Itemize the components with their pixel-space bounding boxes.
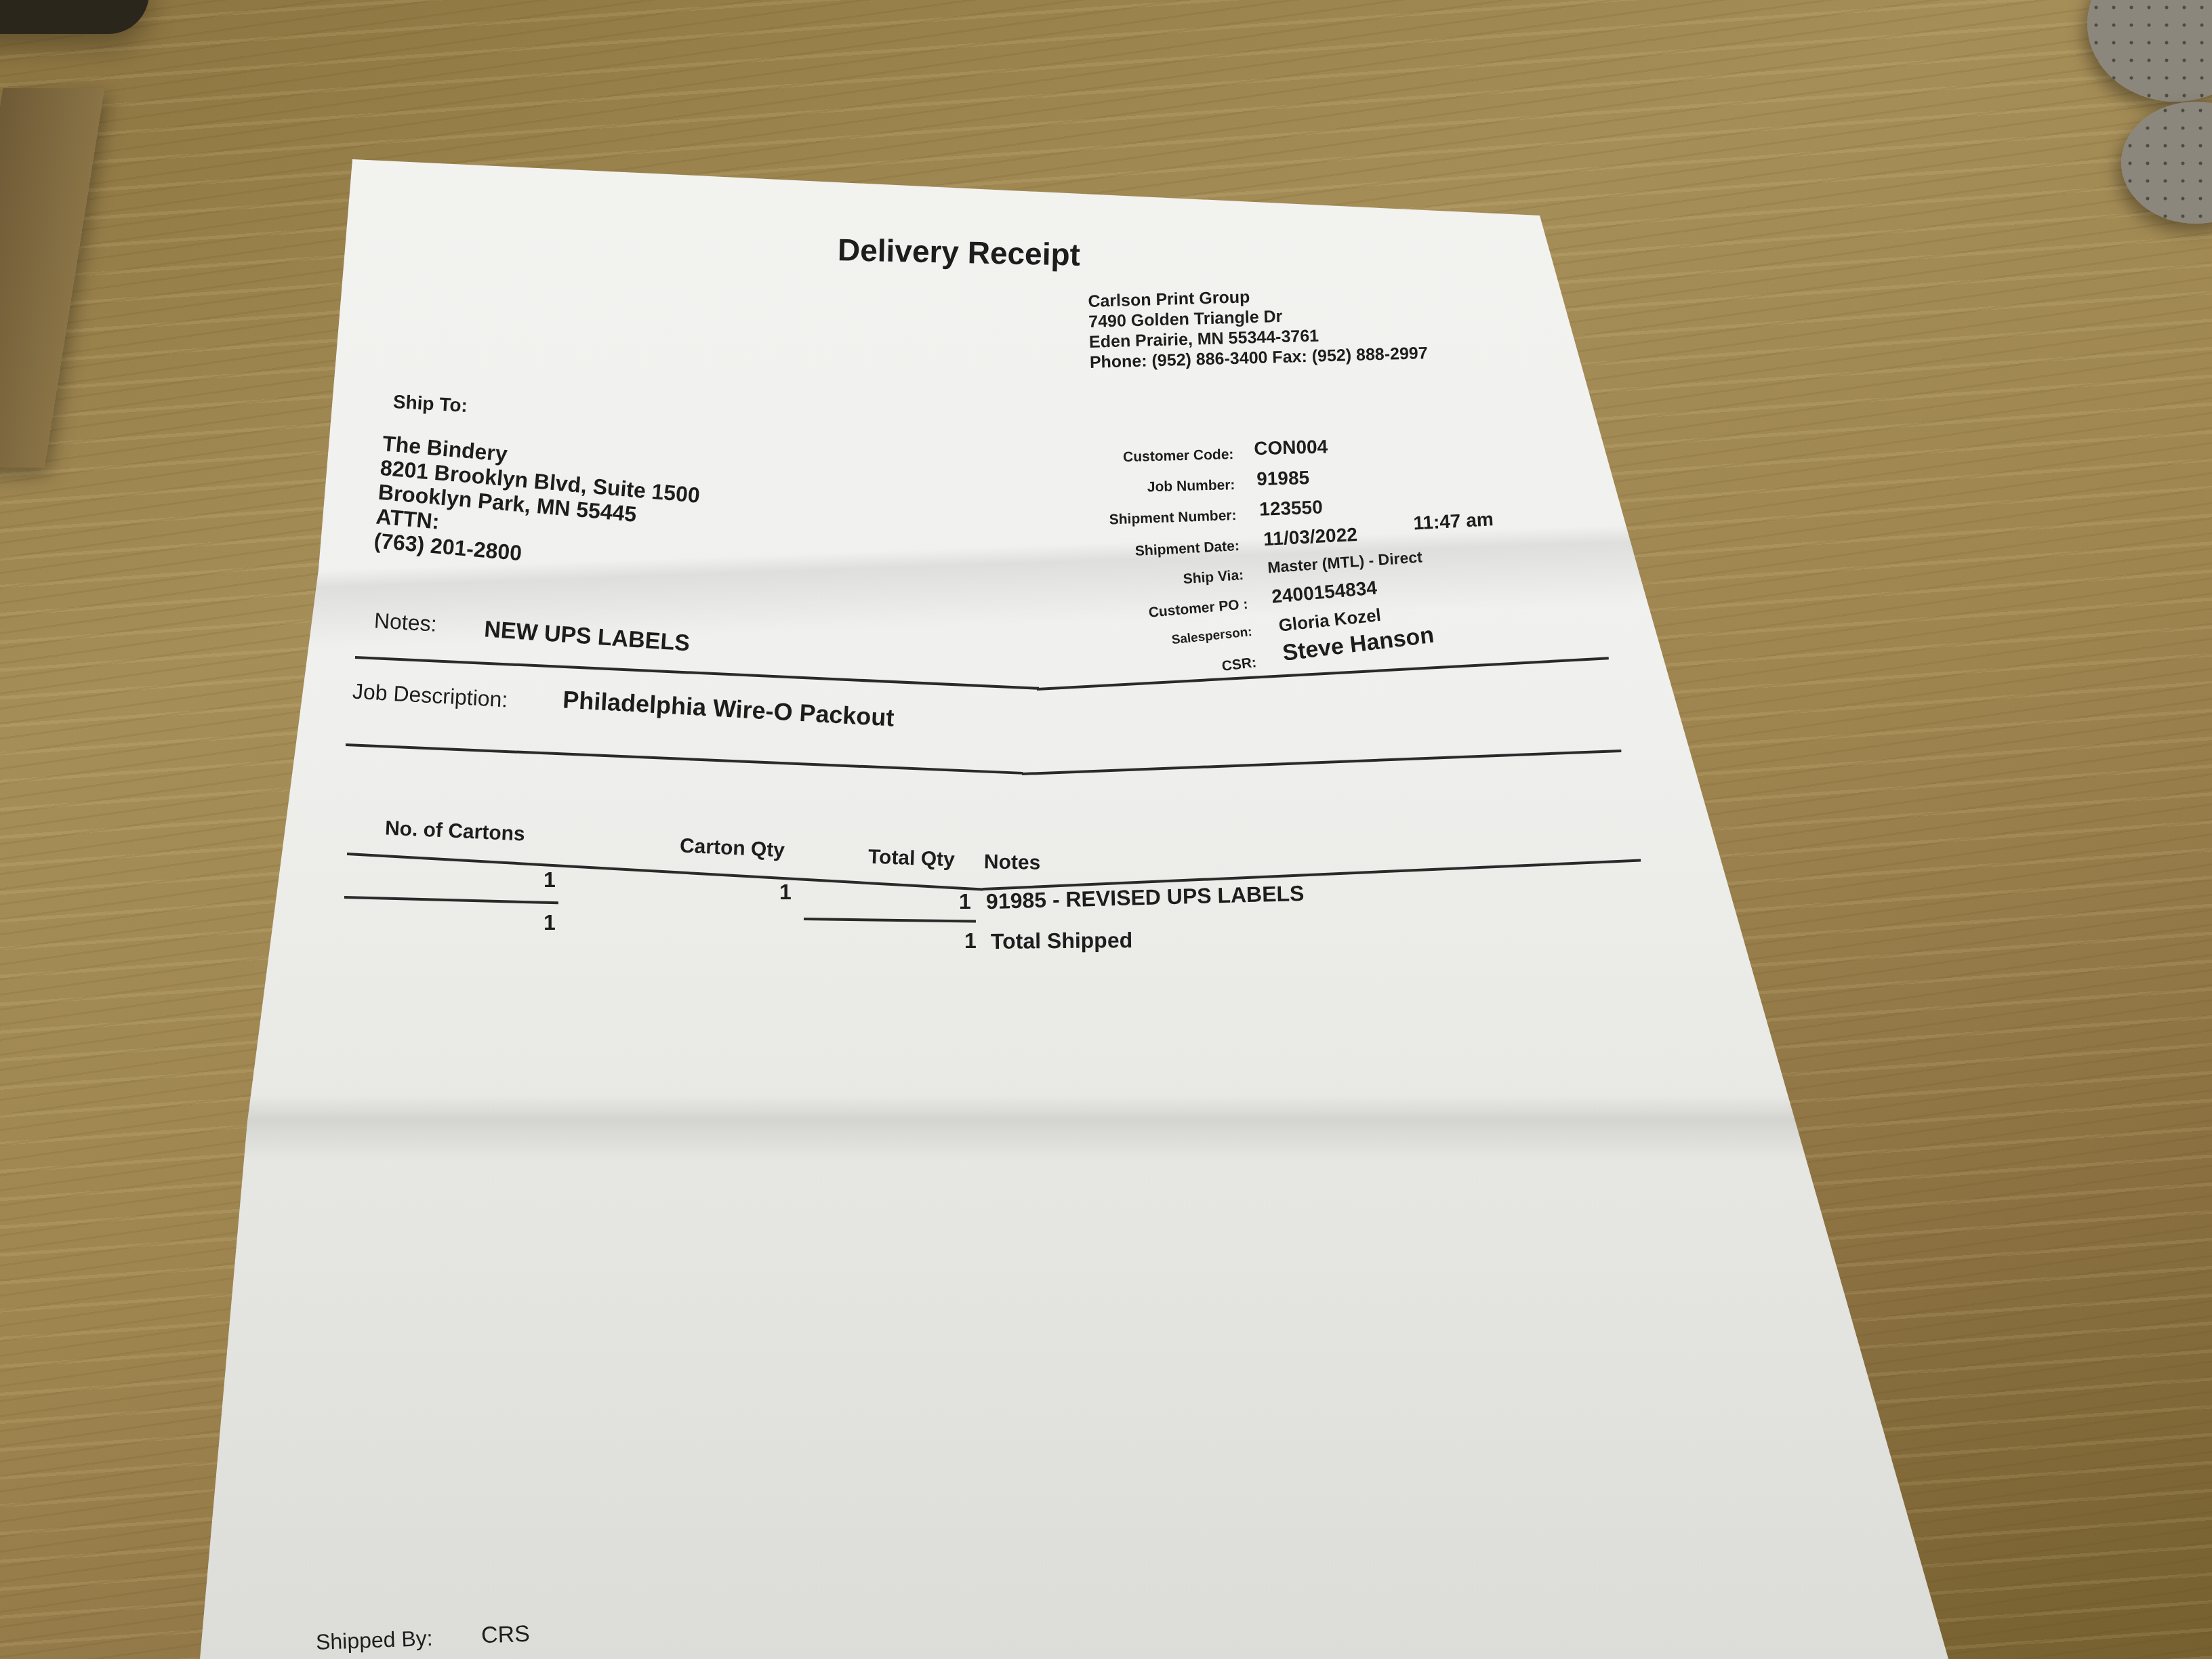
- knit-fabric: [2087, 0, 2212, 102]
- table-header-notes: Notes: [984, 851, 1041, 874]
- knit-fabric: [2121, 102, 2212, 224]
- job-description-value: Philadelphia Wire-O Packout: [562, 685, 895, 732]
- shipped-by-label: Shipped By:: [315, 1626, 433, 1655]
- row-total-qty: 1: [959, 889, 971, 914]
- table-header-carton-qty: Carton Qty: [679, 835, 785, 863]
- ship-to-block: The Bindery 8201 Brooklyn Blvd, Suite 15…: [373, 431, 703, 581]
- notes-value: NEW UPS LABELS: [483, 616, 691, 657]
- row-carton-qty: 1: [779, 880, 792, 905]
- cardboard-box: [0, 88, 104, 468]
- document-title: Delivery Receipt: [837, 231, 1080, 272]
- total-cartons: 1: [544, 910, 556, 935]
- subtotal-rule: [344, 896, 558, 904]
- table-header-total-qty: Total Qty: [867, 846, 955, 872]
- table-header-cartons: No. of Cartons: [384, 817, 525, 846]
- notes-label: Notes:: [373, 608, 438, 637]
- table-header-rule: [983, 859, 1641, 890]
- divider-line: [1022, 750, 1622, 775]
- total-qty: 1: [964, 928, 977, 954]
- job-description-label: Job Description:: [352, 679, 508, 713]
- total-shipped-label: Total Shipped: [991, 928, 1132, 954]
- delivery-receipt-paper: Delivery Receipt Carlson Print Group 749…: [0, 0, 2212, 1659]
- ship-to-label: Ship To:: [392, 391, 468, 417]
- company-block: Carlson Print Group 7490 Golden Triangle…: [1088, 282, 1428, 373]
- dark-object-top-left: [0, 0, 149, 34]
- shipped-by-value: CRS: [480, 1621, 530, 1649]
- document-content: Delivery Receipt Carlson Print Group 749…: [0, 0, 2212, 1659]
- row-cartons: 1: [544, 867, 556, 893]
- divider-line: [346, 743, 1023, 775]
- shipment-time: 11:47 am: [1413, 508, 1494, 534]
- subtotal-rule: [804, 918, 976, 923]
